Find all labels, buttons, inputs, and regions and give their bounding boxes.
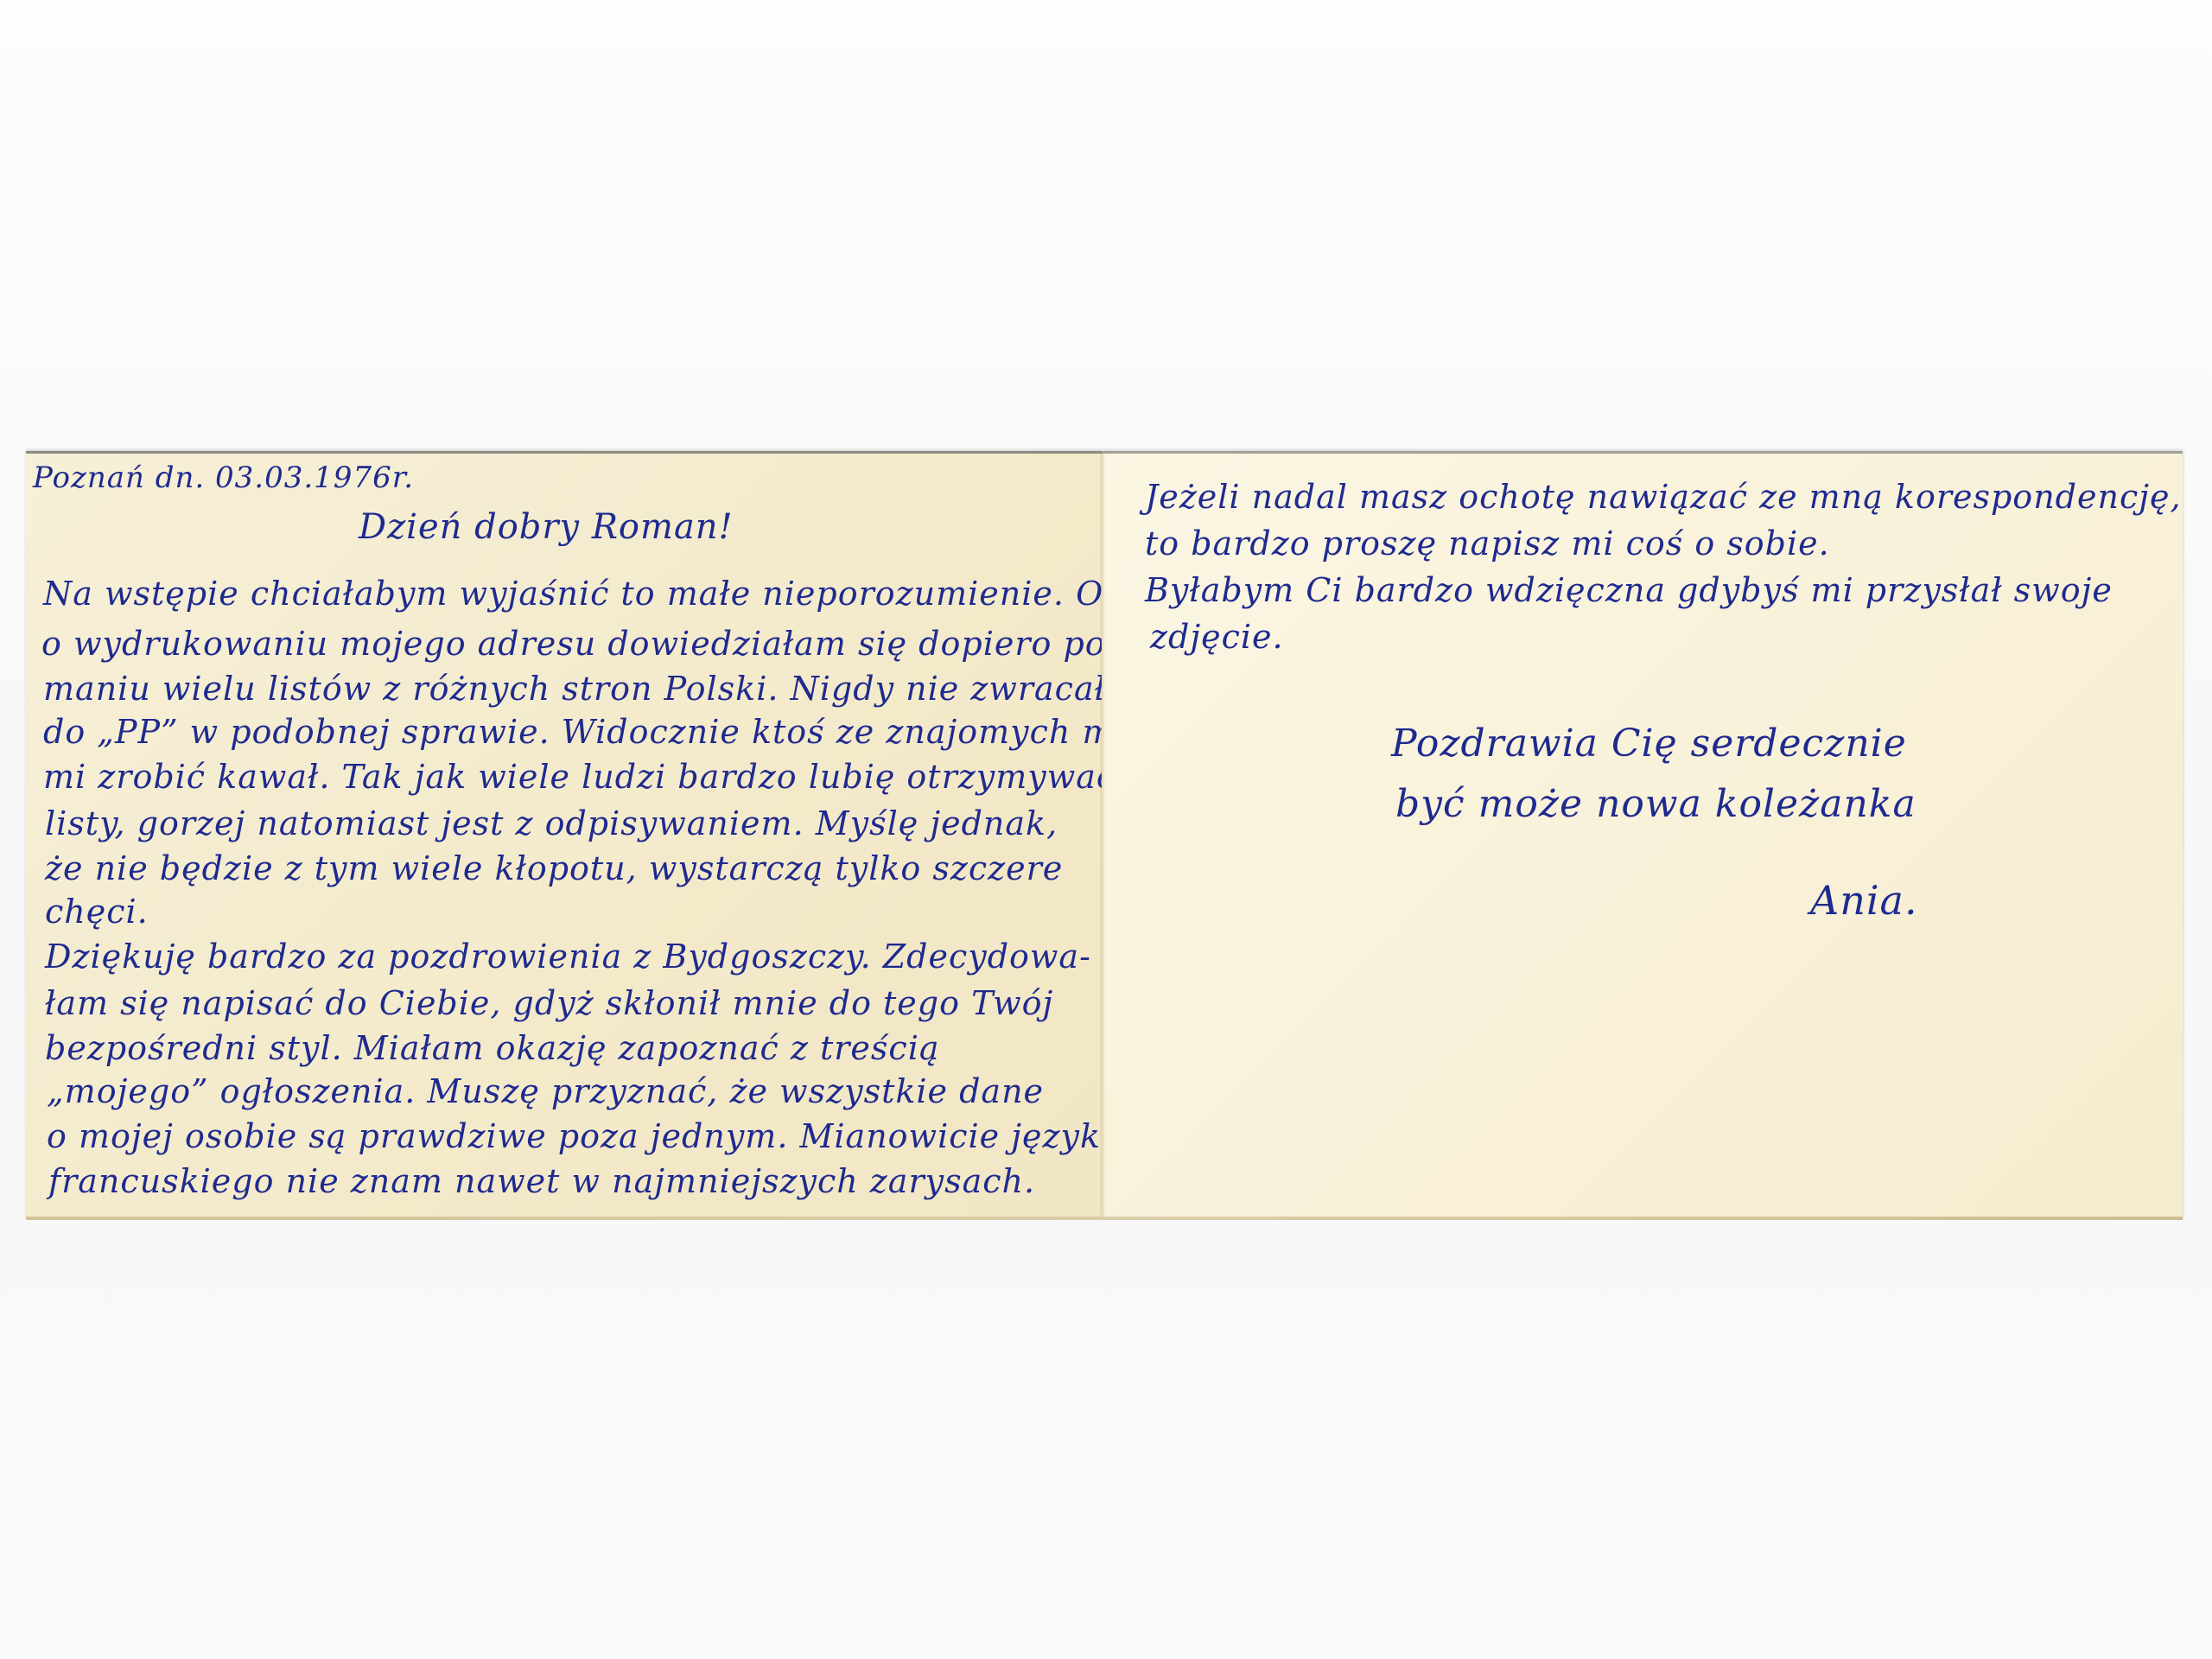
letter-line: zdjęcie. [1150, 618, 1284, 656]
date-line: Poznań dn. 03.03.1976r. [33, 461, 414, 495]
right-page: Jeżeli nadal masz ochotę nawiązać ze mną… [1102, 451, 2183, 1218]
letter-line: francuskiego nie znam nawet w najmniejsz… [48, 1162, 1035, 1200]
letter-line: o mojej osobie są prawdziwe poza jednym.… [47, 1117, 1122, 1155]
letter-line: bezpośredni styl. Miałam okazję zapoznać… [45, 1029, 940, 1067]
page-fold [1100, 451, 1105, 1218]
letter-line: chęci. [45, 893, 149, 931]
letter-line: Na wstępie chciałabym wyjaśnić to małe n… [43, 575, 1156, 613]
letter-line: Dziękuję bardzo za pozdrowienia z Bydgos… [45, 938, 1091, 976]
letter-line: że nie będzie z tym wiele kłopotu, wysta… [45, 849, 1063, 887]
paper-edge [26, 1217, 2183, 1220]
signature: Ania. [1810, 877, 1918, 924]
letter-line: o wydrukowaniu mojego adresu dowiedziała… [41, 625, 1217, 663]
letter-line: łam się napisać do Ciebie, gdyż skłonił … [45, 984, 1053, 1022]
letter-line: maniu wielu listów z różnych stron Polsk… [43, 670, 1219, 708]
letter: Poznań dn. 03.03.1976r. Dzień dobry Roma… [26, 451, 2183, 1218]
letter-line: Byłabym Ci bardzo wdzięczna gdybyś mi pr… [1145, 571, 2113, 609]
letter-line: to bardzo proszę napisz mi coś o sobie. [1145, 524, 1830, 563]
letter-line: listy, gorzej natomiast jest z odpisywan… [45, 804, 1058, 842]
closing-line: Pozdrawia Cię serdecznie [1391, 721, 1907, 766]
letter-line: mi zrobić kawał. Tak jak wiele ludzi bar… [43, 758, 1116, 796]
letter-line: do „PP” w podobnej sprawie. Widocznie kt… [43, 713, 1198, 751]
letter-line: „mojego” ogłoszenia. Muszę przyznać, że … [47, 1072, 1044, 1110]
left-page: Poznań dn. 03.03.1976r. Dzień dobry Roma… [26, 451, 1102, 1218]
closing-line: być może nowa koleżanka [1395, 782, 1916, 826]
letter-line: Jeżeli nadal masz ochotę nawiązać ze mną… [1145, 478, 2182, 516]
greeting: Dzień dobry Roman! [359, 507, 734, 547]
